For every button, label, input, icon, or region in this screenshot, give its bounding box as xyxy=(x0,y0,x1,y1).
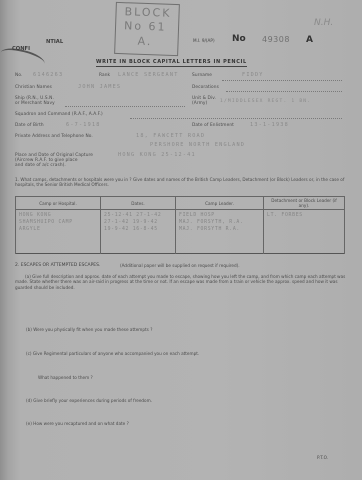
surname-label: Surname xyxy=(192,73,212,78)
leader-row-2: MAJ. FORSYTH, R.A. xyxy=(179,219,260,226)
please-turn-over: P.T.O. xyxy=(317,455,328,460)
capture-label-3: and date of a/c crash). xyxy=(15,163,66,168)
dob-label: Date of Birth xyxy=(15,123,44,128)
no-label: No. xyxy=(15,73,22,78)
camp-leader-cell: FIELD HOSP MAJ. FORSYTH, R.A. MAJ. FORSY… xyxy=(176,210,264,254)
classification-fragment: NTIAL xyxy=(46,39,63,45)
leader-row-1: FIELD HOSP xyxy=(179,212,260,219)
dates-row-3: 19-9-42 16-8-45 xyxy=(104,226,172,233)
question-2d: (d) Give briefly your experiences during… xyxy=(26,398,152,403)
leader-row-3: MAJ. FORSYTH R.A. xyxy=(179,226,260,233)
instruction-title: WRITE IN BLOCK CAPITAL LETTERS IN PENCIL xyxy=(96,59,247,67)
capture-value: HONG KONG 25-12-41 xyxy=(118,152,196,158)
enlistment-label: Date of Enlistment xyxy=(192,123,234,128)
address-label: Private Address and Telephone No. xyxy=(15,134,93,139)
squadron-line xyxy=(130,118,342,119)
no-value: 6146263 xyxy=(33,72,63,78)
address-value-line-2: PERSHORE NORTH ENGLAND xyxy=(150,142,245,148)
dob-value: 6-7-1918 xyxy=(66,122,101,128)
camps-table: Camp or Hospital. Dates. Camp Leader. De… xyxy=(15,196,345,254)
stamp-line-2: No 61 xyxy=(124,19,167,33)
table-row: HONG KONG SHAMSHUIPO CAMP ARGYLE 25-12-4… xyxy=(16,210,345,254)
address-value-line-1: 18, FAWCETT ROAD xyxy=(136,133,205,139)
detachment-leader-cell: LT. FORBES xyxy=(264,210,345,254)
camp-row-1: HONG KONG xyxy=(19,212,97,219)
ship-label-2: or Merchant Navy xyxy=(15,101,55,106)
form-page: NTIAL CONFI BLOCK No 61 A. N.H. M.I. 9/(… xyxy=(0,0,362,480)
dates-cell: 25-12-41 27-1-42 27-1-42 19-9-42 19-9-42… xyxy=(101,210,176,254)
serial-number-label: No xyxy=(232,34,246,44)
camp-cell: HONG KONG SHAMSHUIPO CAMP ARGYLE xyxy=(16,210,101,254)
question-2c-followup: What happened to them ? xyxy=(38,375,93,380)
camps-table-header: Camp or Hospital. Dates. Camp Leader. De… xyxy=(16,197,345,210)
serial-number: 49308 xyxy=(262,35,290,44)
header-camp-or-hospital: Camp or Hospital. xyxy=(16,197,101,210)
serial-suffix: A xyxy=(306,35,313,45)
rank-value: LANCE SERGEANT xyxy=(118,72,179,78)
question-2e: (e) How were you recaptured and on what … xyxy=(26,421,129,426)
form-reference: M.I. 9/(AP) xyxy=(193,38,215,43)
dates-row-2: 27-1-42 19-9-42 xyxy=(104,219,172,226)
question-2c: (c) Give Regimental particulars of anyon… xyxy=(26,351,199,356)
section-2-note: (Additional paper will be supplied on re… xyxy=(120,263,240,268)
surname-value: FIDDY xyxy=(242,72,264,78)
decorations-line xyxy=(226,91,342,92)
dates-row-1: 25-12-41 27-1-42 xyxy=(104,212,172,219)
surname-line xyxy=(222,80,342,81)
header-dates: Dates. xyxy=(101,197,176,210)
pencil-annotation: N.H. xyxy=(314,18,333,28)
question-2b: (b) Were you physically fit when you mad… xyxy=(26,327,152,332)
christian-names-value: JOHN JAMES xyxy=(78,84,121,90)
stamp-line-1: BLOCK xyxy=(124,5,171,20)
block-stamp: BLOCK No 61 A. xyxy=(114,2,180,56)
stamp-line-3: A. xyxy=(137,35,152,49)
rank-label: Rank xyxy=(99,73,110,78)
unit-value: 1/MIDDLESEX REGT. 1 BN. xyxy=(220,99,311,104)
header-camp-leader: Camp Leader. xyxy=(176,197,264,210)
squadron-label: Squadron and Command (R.A.F., A.A.F.) xyxy=(15,112,103,117)
section-2-heading: 2. ESCAPES OR ATTEMPTED ESCAPES. xyxy=(15,263,100,268)
classification-label: CONFI xyxy=(12,46,30,52)
camp-row-3: ARGYLE xyxy=(19,226,97,233)
header-detachment-leader: Detachment or Block Leader (if any). xyxy=(264,197,345,210)
decorations-label: Decorations xyxy=(192,85,219,90)
enlistment-value: 13-1-1938 xyxy=(250,122,289,128)
section-1-question: 1. What camps, detachments or hospitals … xyxy=(15,177,350,188)
ship-line xyxy=(65,106,185,107)
detachment-row-1: LT. FORBES xyxy=(267,212,341,219)
camp-row-2: SHAMSHUIPO CAMP xyxy=(19,219,97,226)
christian-names-label: Christian Names xyxy=(15,85,52,90)
unit-label-2: (Army) xyxy=(192,101,207,106)
question-2a: (a) Give full description and approx. da… xyxy=(15,274,350,290)
